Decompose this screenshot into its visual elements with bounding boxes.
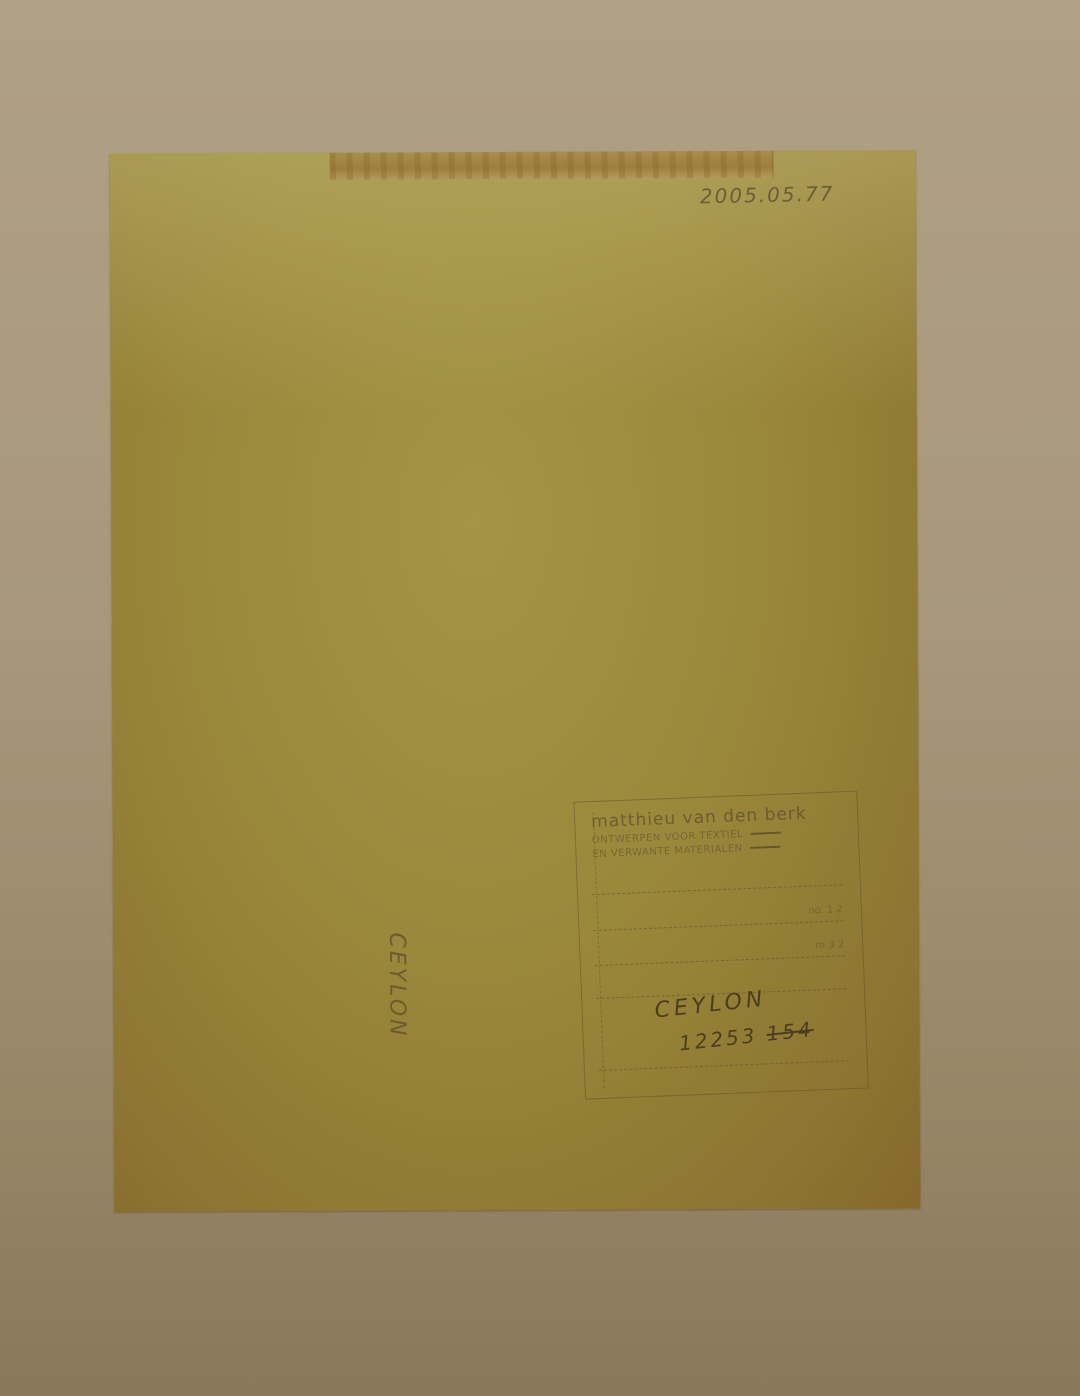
paper-sheet: 2005.05.77 CEYLON matthieu van den berk … (110, 150, 921, 1212)
design-code: 12253 154 (678, 1017, 815, 1056)
stamp-rule (595, 955, 845, 966)
stamp-rule (593, 920, 843, 931)
design-code-number: 12253 (678, 1023, 759, 1055)
side-note: CEYLON (384, 932, 409, 1038)
dash-mark (751, 846, 781, 849)
stamp-rule (599, 1060, 849, 1071)
stamp-field-1: no. 1 2 (808, 904, 843, 916)
stamp-header: matthieu van den berk ONTWERPEN VOOR TEX… (587, 802, 849, 860)
tape-strip (330, 151, 774, 180)
stamp-field-2: m 3 2 (815, 939, 844, 951)
stamp-rule (592, 884, 842, 895)
crossed-out-number: 154 (765, 1017, 815, 1046)
dash-mark (751, 832, 781, 835)
accession-number: 2005.05.77 (700, 181, 835, 208)
stamp-line-2-text: EN VERWANTE MATERIALEN (592, 843, 743, 860)
designer-stamp: matthieu van den berk ONTWERPEN VOOR TEX… (573, 791, 868, 1100)
design-name: CEYLON (653, 987, 767, 1024)
